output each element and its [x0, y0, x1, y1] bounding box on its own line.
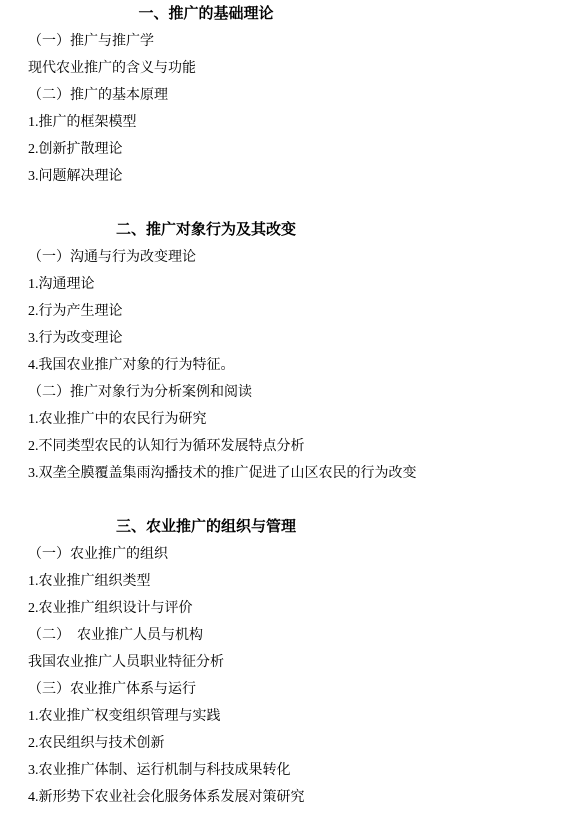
document-page: 一、推广的基础理论（一）推广与推广学现代农业推广的含义与功能（二）推广的基本原理…	[0, 0, 588, 827]
outline-item: （一）沟通与行为改变理论	[28, 244, 588, 271]
outline-item: 现代农业推广的含义与功能	[28, 55, 588, 82]
outline-item: （一）推广与推广学	[28, 28, 588, 55]
outline-item: 2.农业推广组织设计与评价	[28, 595, 588, 622]
outline-item: 1.农业推广中的农民行为研究	[28, 406, 588, 433]
outline-item: （二）推广对象行为分析案例和阅读	[28, 379, 588, 406]
outline-item: 4.新形势下农业社会化服务体系发展对策研究	[28, 784, 588, 811]
outline-item: 1.农业推广组织类型	[28, 568, 588, 595]
outline-item: 我国农业推广人员职业特征分析	[28, 649, 588, 676]
outline-item: 2.创新扩散理论	[28, 136, 588, 163]
outline-item: 3.问题解决理论	[28, 163, 588, 190]
section-heading: 三、农业推广的组织与管理	[0, 514, 412, 541]
outline-item: 4.我国农业推广对象的行为特征。	[28, 352, 588, 379]
outline-item: 2.行为产生理论	[28, 298, 588, 325]
outline-item: （一）农业推广的组织	[28, 541, 588, 568]
outline-item: 1.推广的框架模型	[28, 109, 588, 136]
outline-item: 1.沟通理论	[28, 271, 588, 298]
outline-item: （二）推广的基本原理	[28, 82, 588, 109]
outline-item: （二） 农业推广人员与机构	[28, 622, 588, 649]
outline-item: 3.双垄全膜覆盖集雨沟播技术的推广促进了山区农民的行为改变	[28, 460, 588, 487]
outline-item: 1.农业推广权变组织管理与实践	[28, 703, 588, 730]
outline-item: （三）农业推广体系与运行	[28, 676, 588, 703]
section-heading: 一、推广的基础理论	[0, 1, 412, 28]
section-heading: 二、推广对象行为及其改变	[0, 217, 412, 244]
outline-item: 3.行为改变理论	[28, 325, 588, 352]
outline-item: 3.农业推广体制、运行机制与科技成果转化	[28, 757, 588, 784]
outline-item: 2.不同类型农民的认知行为循环发展特点分析	[28, 433, 588, 460]
outline-item: 2.农民组织与技术创新	[28, 730, 588, 757]
section-spacer	[0, 487, 588, 514]
section-spacer	[0, 190, 588, 217]
